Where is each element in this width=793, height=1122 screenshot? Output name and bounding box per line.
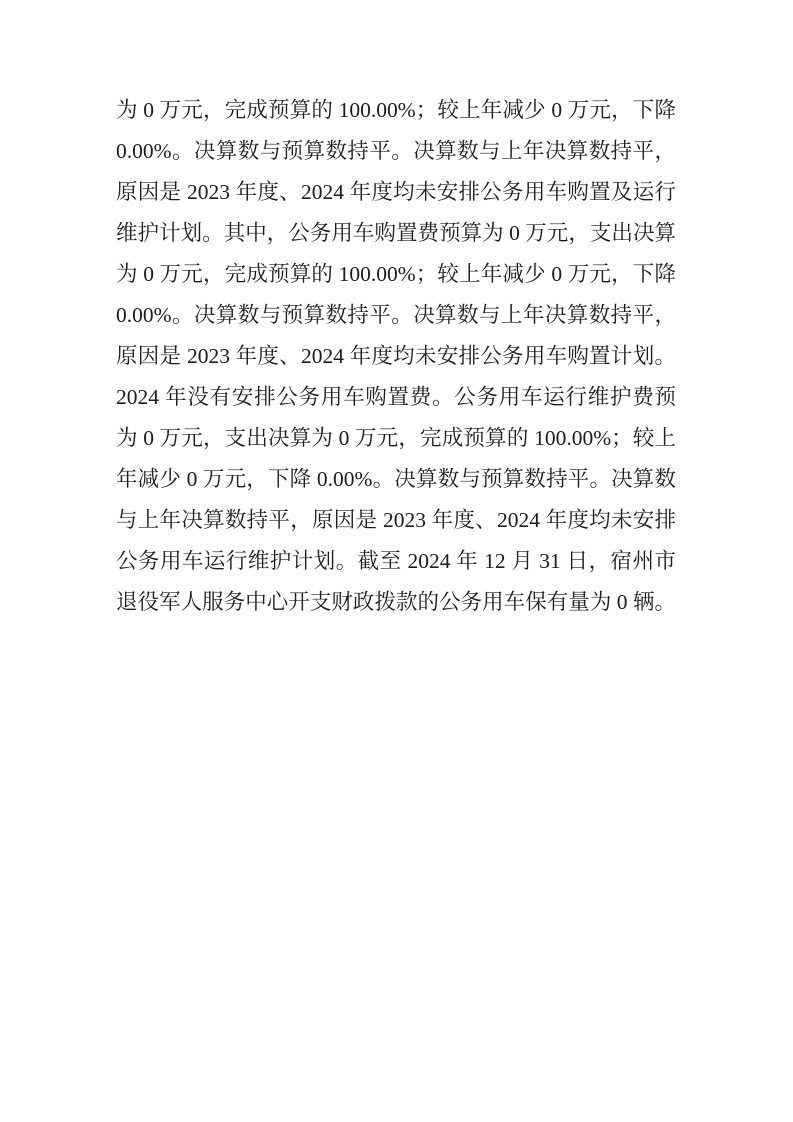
text-line: 0.00%。决算数与预算数持平。决算数与上年决算数持平， [116, 131, 676, 172]
text-line: 维护计划。其中，公务用车购置费预算为 0 万元，支出决算 [116, 213, 676, 254]
text-line: 原因是 2023 年度、2024 年度均未安排公务用车购置计划。 [116, 336, 676, 377]
text-line: 年减少 0 万元，下降 0.00%。决算数与预算数持平。决算数 [116, 459, 676, 500]
text-line: 为 0 万元，完成预算的 100.00%；较上年减少 0 万元，下降 [116, 90, 676, 131]
text-line: 退役军人服务中心开支财政拨款的公务用车保有量为 0 辆。 [116, 582, 676, 623]
paragraph-continuation: 为 0 万元，完成预算的 100.00%；较上年减少 0 万元，下降 0.00%… [116, 90, 676, 623]
text-line: 与上年决算数持平，原因是 2023 年度、2024 年度均未安排 [116, 500, 676, 541]
text-line: 为 0 万元，支出决算为 0 万元，完成预算的 100.00%；较上 [116, 418, 676, 459]
text-line: 公务用车运行维护计划。截至 2024 年 12 月 31 日，宿州市 [116, 541, 676, 582]
text-line: 2024 年没有安排公务用车购置费。公务用车运行维护费预算 [116, 377, 676, 418]
text-line: 为 0 万元，完成预算的 100.00%；较上年减少 0 万元，下降 [116, 254, 676, 295]
text-line: 原因是 2023 年度、2024 年度均未安排公务用车购置及运行 [116, 172, 676, 213]
text-line: 0.00%。决算数与预算数持平。决算数与上年决算数持平， [116, 295, 676, 336]
document-page: 为 0 万元，完成预算的 100.00%；较上年减少 0 万元，下降 0.00%… [0, 0, 793, 1122]
